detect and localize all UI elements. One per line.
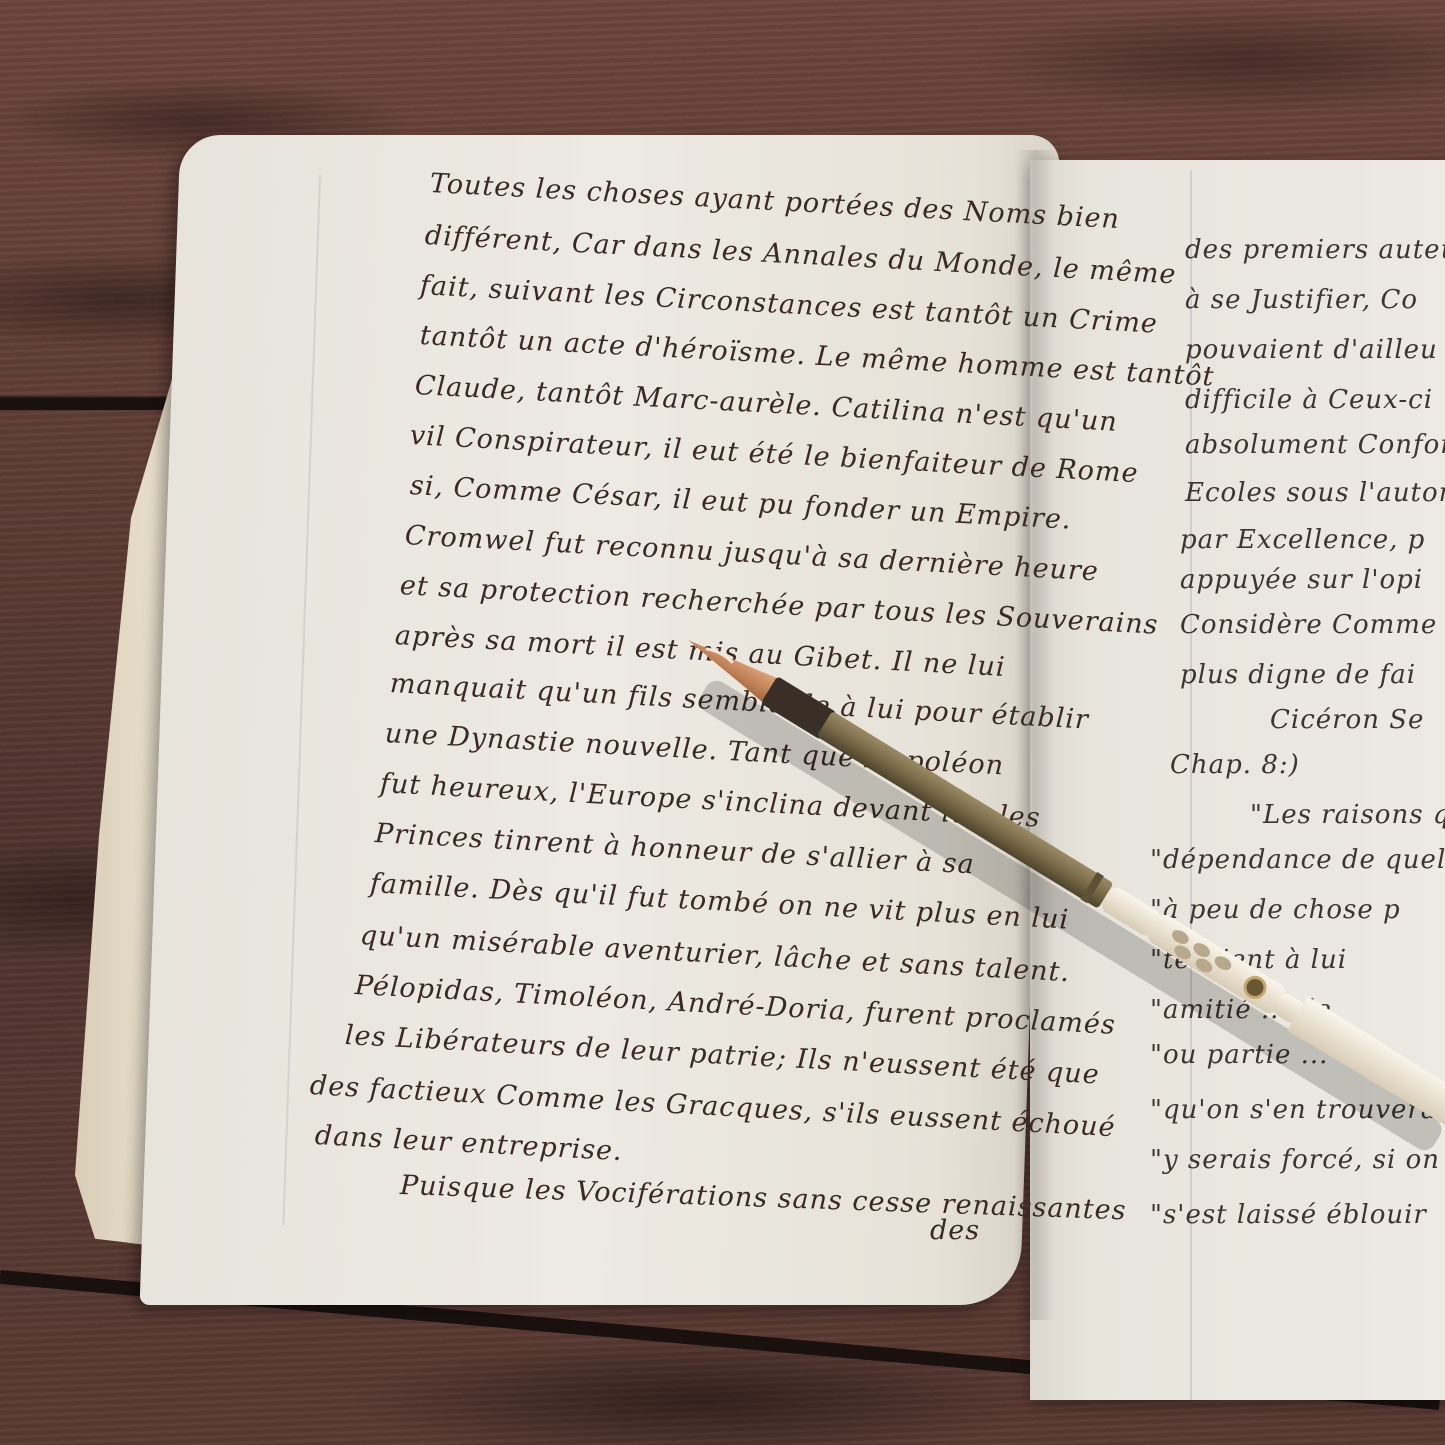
handwritten-line: "y serais forcé, si on	[1150, 1145, 1440, 1175]
handwritten-line: "amitié ... de	[1150, 995, 1332, 1025]
handwritten-line: Considère Comme	[1180, 610, 1437, 640]
handwritten-line: pouvaient d'ailleu	[1185, 335, 1438, 365]
handwritten-line: "s'est laissé éblouir	[1150, 1200, 1427, 1230]
handwritten-line: "qu'on s'en trouvera	[1150, 1095, 1437, 1125]
handwritten-line: "à peu de chose p	[1150, 895, 1401, 925]
handwritten-line: "Les raisons q	[1250, 800, 1445, 830]
chapter-reference: Chap. 8:)	[1170, 750, 1300, 780]
handwritten-line: plus digne de fai	[1180, 660, 1416, 690]
handwritten-line: Cicéron Se	[1270, 705, 1424, 735]
handwritten-line: "ou partie ...	[1150, 1040, 1328, 1070]
handwritten-line: des premiers auteu	[1185, 235, 1445, 265]
handwritten-line: "teraient à lui	[1150, 945, 1347, 975]
handwritten-line: appuyée sur l'opi	[1180, 565, 1423, 595]
handwritten-line: Ecoles sous l'autor	[1185, 478, 1445, 508]
handwritten-line: à se Justifier, Co	[1185, 285, 1418, 315]
handwritten-line: absolument Confor	[1185, 430, 1445, 460]
catchword: des	[930, 1215, 980, 1246]
handwritten-line: difficile à Ceux-ci	[1185, 385, 1433, 415]
handwritten-line: "dépendance de quel	[1150, 845, 1445, 875]
handwritten-line: par Excellence, p	[1180, 525, 1425, 555]
